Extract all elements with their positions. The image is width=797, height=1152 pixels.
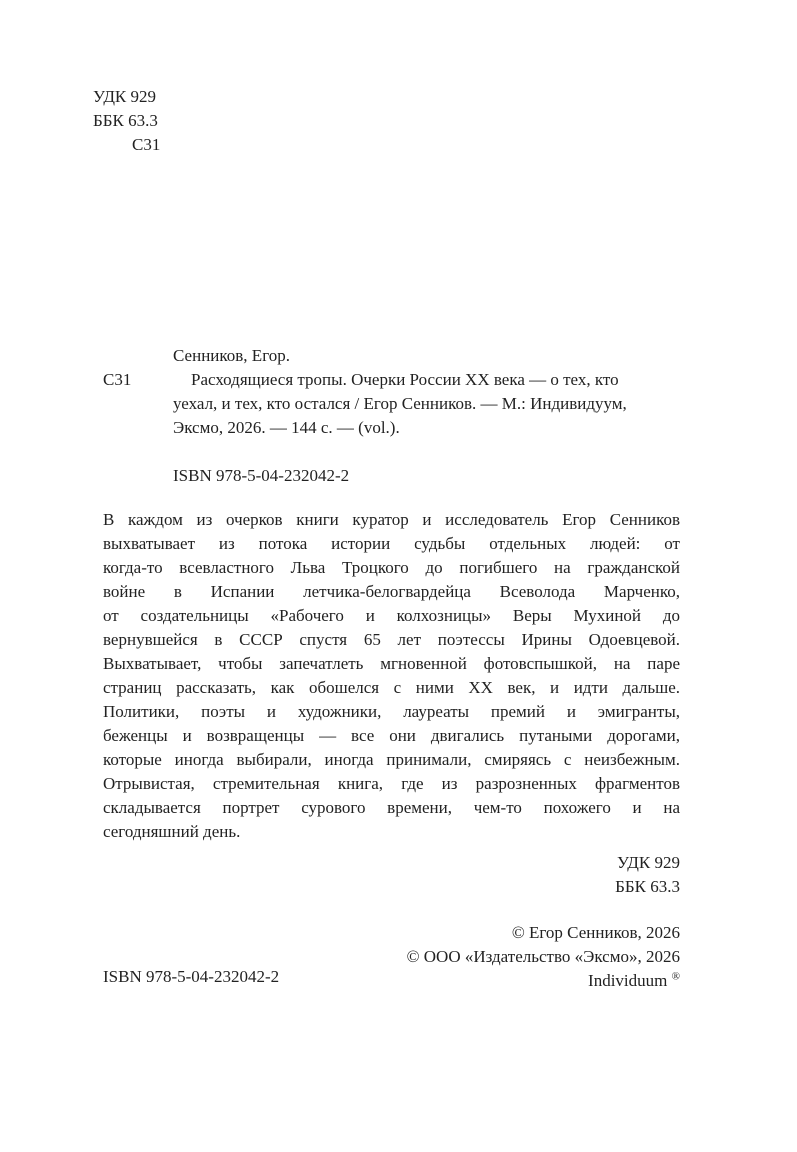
- annotation-line: когда-то всевластного Льва Троцкого до п…: [103, 556, 680, 580]
- annotation-line: войне в Испании летчика-белогвардейца Вс…: [103, 580, 680, 604]
- record-author-mark: С31: [103, 368, 131, 392]
- copyright-author: © Егор Сенников, 2026: [407, 921, 680, 945]
- registered-trademark-icon: ®: [672, 970, 680, 982]
- udk-code: УДК 929: [93, 85, 160, 109]
- classification-block-bottom: УДК 929 ББК 63.3: [615, 851, 680, 899]
- author-mark: С31: [93, 133, 160, 157]
- title-line: Расходящиеся тропы. Очерки России XX век…: [173, 368, 619, 392]
- annotation-line: Отрывистая, стремительная книга, где из …: [103, 772, 680, 796]
- copyright-publisher: © ООО «Издательство «Эксмо», 2026: [407, 945, 680, 969]
- annotation-paragraph: В каждом из очерков книги куратор и иссл…: [103, 508, 680, 844]
- bbk-code: ББК 63.3: [93, 109, 160, 133]
- udk-code: УДК 929: [615, 851, 680, 875]
- annotation-line: вернувшейся в СССР спустя 65 лет поэтесс…: [103, 628, 680, 652]
- imprint-name: Individuum: [588, 971, 667, 990]
- annotation-line: беженцы и возвращенцы — все они двигалис…: [103, 724, 680, 748]
- annotation-line: сегодняшний день.: [103, 820, 680, 844]
- copyright-block: © Егор Сенников, 2026 © ООО «Издательств…: [407, 921, 680, 993]
- bibliographic-record: Сенников, Егор. С31 Расходящиеся тропы. …: [103, 344, 676, 440]
- annotation-line: В каждом из очерков книги куратор и иссл…: [103, 508, 680, 532]
- annotation-line: Выхватывает, чтобы запечатлеть мгновенно…: [103, 652, 680, 676]
- annotation-line: выхватывает из потока истории судьбы отд…: [103, 532, 680, 556]
- title-line: Эксмо, 2026. — 144 с. — (vol.).: [173, 416, 400, 440]
- annotation-line: которые иногда выбирали, иногда принимал…: [103, 748, 680, 772]
- isbn-footer: ISBN 978-5-04-232042-2: [103, 965, 279, 989]
- annotation-line: страниц рассказать, как обошелся с ними …: [103, 676, 680, 700]
- annotation-line: Политики, поэты и художники, лауреаты пр…: [103, 700, 680, 724]
- bbk-code: ББК 63.3: [615, 875, 680, 899]
- isbn-record: ISBN 978-5-04-232042-2: [173, 464, 349, 488]
- annotation-line: от создательницы «Рабочего и колхозницы»…: [103, 604, 680, 628]
- classification-block-top: УДК 929 ББК 63.3 С31: [93, 85, 160, 157]
- title-line: уехал, и тех, кто остался / Егор Сеннико…: [173, 392, 627, 416]
- author-heading: Сенников, Егор.: [173, 344, 290, 368]
- imprint-line: Individuum ®: [407, 969, 680, 993]
- annotation-line: складывается портрет сурового времени, ч…: [103, 796, 680, 820]
